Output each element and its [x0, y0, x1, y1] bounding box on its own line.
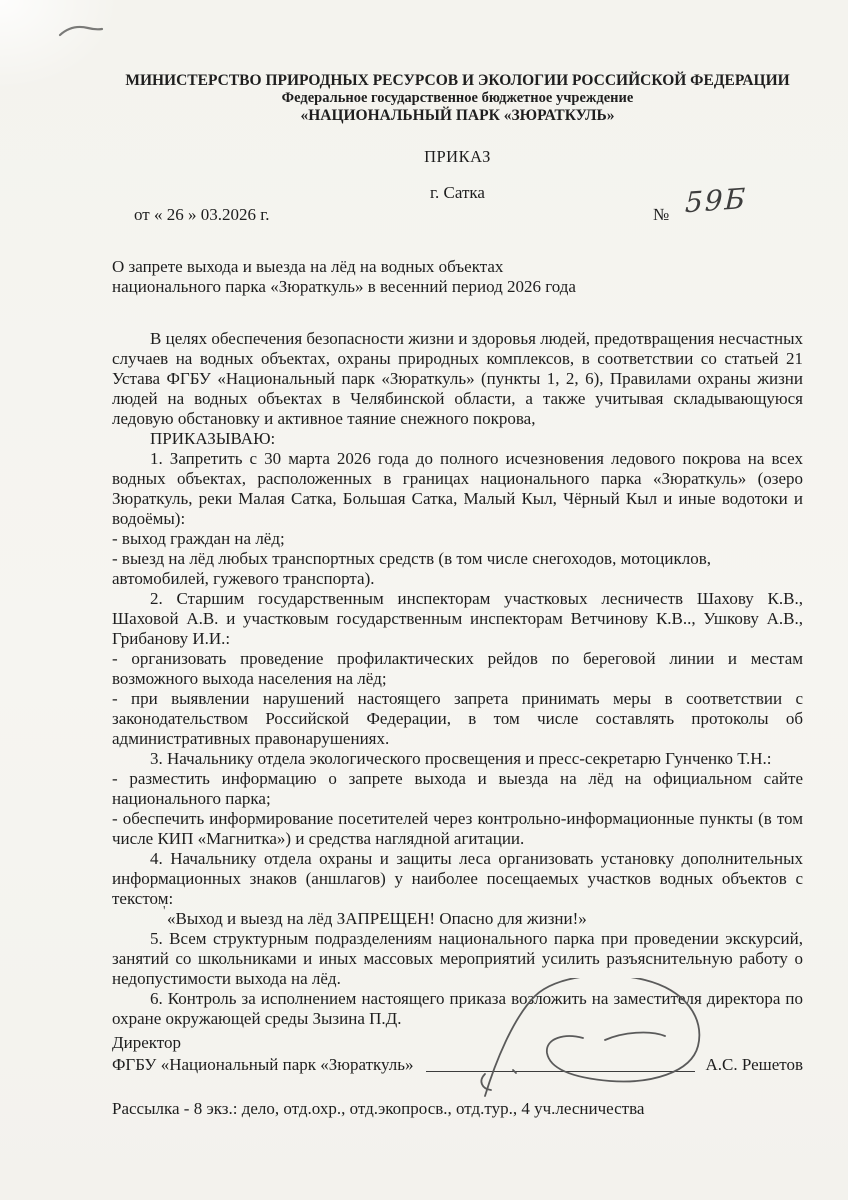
subject-line-1: О запрете выхода и выезда на лёд на водн…: [112, 257, 803, 277]
order-item-3-sub-1: - разместить информацию о запрете выхода…: [112, 769, 803, 809]
header-ministry: МИНИСТЕРСТВО ПРИРОДНЫХ РЕСУРСОВ И ЭКОЛОГ…: [112, 72, 803, 90]
order-item-2-sub-1: - организовать проведение профилактическ…: [112, 649, 803, 689]
document-content: МИНИСТЕРСТВО ПРИРОДНЫХ РЕСУРСОВ И ЭКОЛОГ…: [112, 0, 803, 1119]
date-line: от « 26 » 03.2026 г.: [112, 205, 270, 225]
warning-quote-text: «Выход и выезд на лёд ЗАПРЕЩЕН! Опасно д…: [167, 909, 587, 928]
doc-type-title: ПРИКАЗ: [112, 147, 803, 167]
preamble-paragraph: В целях обеспечения безопасности жизни и…: [112, 329, 803, 429]
signer-name: А.С. Решетов: [705, 1055, 803, 1075]
signer-position-line-1: Директор: [112, 1033, 803, 1053]
handwritten-number: 59Б: [685, 189, 748, 213]
number-block: № 59Б: [653, 205, 803, 225]
order-item-2-sub-2: - при выявлении нарушений настоящего зап…: [112, 689, 803, 749]
signature-line: [426, 1057, 696, 1072]
number-sign: №: [653, 205, 669, 224]
order-item-2: 2. Старшим государственным инспекторам у…: [112, 589, 803, 649]
date-number-row: от « 26 » 03.2026 г. № 59Б: [112, 205, 803, 225]
subject-block: О запрете выхода и выезда на лёд на водн…: [112, 257, 803, 297]
signature-block: Директор ФГБУ «Национальный парк «Зюратк…: [112, 1033, 803, 1075]
subject-line-2: национального парка «Зюраткуль» в весенн…: [112, 277, 803, 297]
warning-quote: '«Выход и выезд на лёд ЗАПРЕЩЕН! Опасно …: [112, 909, 803, 929]
signer-position-line-2: ФГБУ «Национальный парк «Зюраткуль»: [112, 1055, 414, 1075]
order-item-5: 5. Всем структурным подразделениям нацио…: [112, 929, 803, 989]
stray-mark: ': [108, 902, 166, 922]
scan-corner-artifact: [58, 22, 104, 40]
order-word: ПРИКАЗЫВАЮ:: [112, 429, 803, 449]
order-item-1-sub-2: - выезд на лёд любых транспортных средст…: [112, 549, 803, 589]
order-item-1-sub-1: - выход граждан на лёд;: [112, 529, 803, 549]
header-park-name: «НАЦИОНАЛЬНЫЙ ПАРК «ЗЮРАТКУЛЬ»: [112, 107, 803, 125]
order-item-1: 1. Запретить с 30 марта 2026 года до пол…: [112, 449, 803, 529]
order-item-6: 6. Контроль за исполнением настоящего пр…: [112, 989, 803, 1029]
order-item-3: 3. Начальнику отдела экологического прос…: [112, 749, 803, 769]
document-body: В целях обеспечения безопасности жизни и…: [112, 329, 803, 1029]
order-item-3-sub-2: - обеспечить информирование посетителей …: [112, 809, 803, 849]
distribution-note: Рассылка - 8 экз.: дело, отд.охр., отд.э…: [112, 1099, 803, 1119]
letterhead: МИНИСТЕРСТВО ПРИРОДНЫХ РЕСУРСОВ И ЭКОЛОГ…: [112, 0, 803, 125]
signature-row: ФГБУ «Национальный парк «Зюраткуль» А.С.…: [112, 1055, 803, 1075]
header-institution: Федеральное государственное бюджетное уч…: [112, 90, 803, 107]
order-item-4: 4. Начальнику отдела охраны и защиты лес…: [112, 849, 803, 909]
document-page: МИНИСТЕРСТВО ПРИРОДНЫХ РЕСУРСОВ И ЭКОЛОГ…: [0, 0, 848, 1200]
